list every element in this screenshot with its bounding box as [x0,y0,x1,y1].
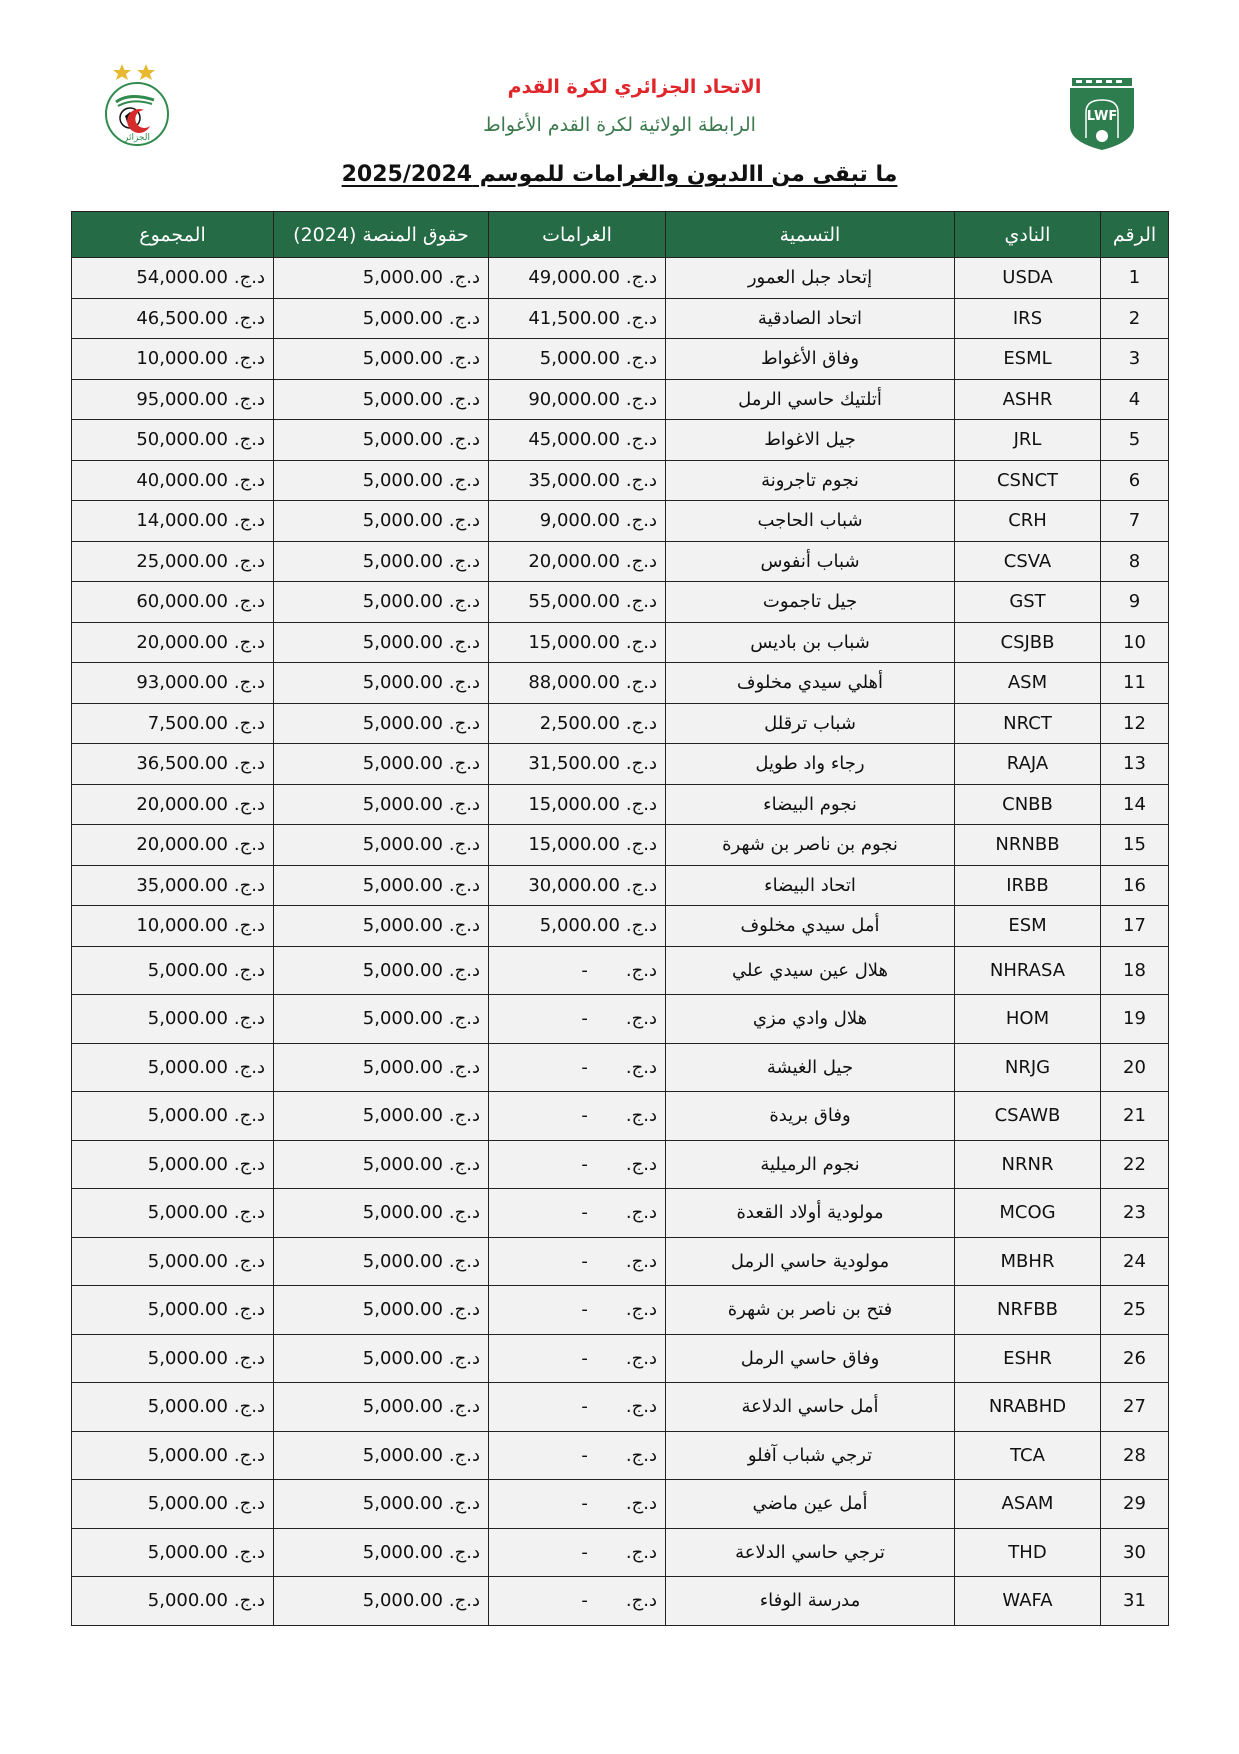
row-number: 6 [1101,460,1169,501]
table-row: 29ASAMأمل عين ماضي-د.ج.5,000.00د.ج.5,000… [72,1480,1169,1529]
amount: 5,000.00 [363,1251,443,1272]
currency-label: د.ج. [234,753,265,774]
fines-amount: -د.ج. [489,1043,666,1092]
table-row: 9GSTجيل تاجموت55,000.00د.ج.5,000.00د.ج.6… [72,582,1169,623]
amount: 5,000.00 [148,1348,228,1369]
money-value: 15,000.00د.ج. [497,794,657,815]
amount: 5,000.00 [148,1299,228,1320]
currency-label: د.ج. [234,429,265,450]
money-value: 41,500.00د.ج. [497,308,657,329]
currency-label: د.ج. [449,308,480,329]
row-number: 10 [1101,622,1169,663]
platform-amount: 5,000.00د.ج. [274,1140,489,1189]
amount: 5,000.00 [363,267,443,288]
amount: 5,000.00 [363,1590,443,1611]
platform-amount: 5,000.00د.ج. [274,1577,489,1626]
currency-label: د.ج. [449,1445,480,1466]
total-amount: 5,000.00د.ج. [72,1528,274,1577]
amount: 5,000.00 [363,1105,443,1126]
amount: 15,000.00 [528,794,620,815]
currency-label: د.ج. [449,915,480,936]
platform-amount: 5,000.00د.ج. [274,1528,489,1577]
club-code: CSVA [955,541,1101,582]
total-amount: 5,000.00د.ج. [72,1286,274,1335]
club-name: ترجي شباب آفلو [666,1431,955,1480]
currency-label: د.ج. [449,591,480,612]
money-value: 5,000.00د.ج. [80,1057,265,1078]
money-value: 5,000.00د.ج. [282,672,480,693]
amount: 5,000.00 [363,753,443,774]
money-value: 60,000.00د.ج. [80,591,265,612]
currency-label: د.ج. [234,632,265,653]
amount: 55,000.00 [528,591,620,612]
club-name: أمل عين ماضي [666,1480,955,1529]
table-row: 21CSAWBوفاق بريدة-د.ج.5,000.00د.ج.5,000.… [72,1092,1169,1141]
currency-label: د.ج. [234,1251,265,1272]
club-name: نجوم الرميلية [666,1140,955,1189]
fines-amount: -د.ج. [489,1431,666,1480]
row-number: 21 [1101,1092,1169,1141]
currency-label: د.ج. [449,470,480,491]
platform-amount: 5,000.00د.ج. [274,622,489,663]
amount: 93,000.00 [136,672,228,693]
currency-label: د.ج. [234,794,265,815]
amount: 20,000.00 [136,794,228,815]
row-number: 24 [1101,1237,1169,1286]
money-value: 5,000.00د.ج. [282,1202,480,1223]
amount: 5,000.00 [148,1542,228,1563]
amount: 2,500.00 [540,713,620,734]
currency-label: د.ج. [234,1105,265,1126]
fines-amount: 31,500.00د.ج. [489,744,666,785]
total-amount: 5,000.00د.ج. [72,995,274,1044]
currency-label: د.ج. [234,834,265,855]
table-row: 8CSVAشباب أنفوس20,000.00د.ج.5,000.00د.ج.… [72,541,1169,582]
currency-label: د.ج. [626,1202,657,1223]
table-row: 25NRFBBفتح بن ناصر بن شهرة-د.ج.5,000.00د… [72,1286,1169,1335]
club-name: ترجي حاسي الدلاعة [666,1528,955,1577]
amount: 49,000.00 [528,267,620,288]
money-value: 5,000.00د.ج. [282,1008,480,1029]
total-amount: 5,000.00د.ج. [72,946,274,995]
money-value: 5,000.00د.ج. [282,875,480,896]
money-value: -د.ج. [497,960,657,981]
club-name: اتحاد البيضاء [666,865,955,906]
amount: 5,000.00 [363,1008,443,1029]
club-name: إتحاد جبل العمور [666,258,955,299]
currency-label: د.ج. [449,1493,480,1514]
total-amount: 40,000.00د.ج. [72,460,274,501]
club-name: شباب بن باديس [666,622,955,663]
currency-label: د.ج. [626,348,657,369]
total-amount: 93,000.00د.ج. [72,663,274,704]
club-code: CSNCT [955,460,1101,501]
money-value: 90,000.00د.ج. [497,389,657,410]
col-header-total: المجموع [72,212,274,258]
amount: 25,000.00 [136,551,228,572]
money-value: -د.ج. [497,1057,657,1078]
fines-amount: 20,000.00د.ج. [489,541,666,582]
row-number: 5 [1101,420,1169,461]
money-value: 54,000.00د.ج. [80,267,265,288]
currency-label: د.ج. [234,551,265,572]
col-header-number: الرقم [1101,212,1169,258]
money-value: 5,000.00د.ج. [282,429,480,450]
platform-amount: 5,000.00د.ج. [274,1237,489,1286]
club-code: ESML [955,339,1101,380]
money-value: -د.ج. [497,1445,657,1466]
total-amount: 50,000.00د.ج. [72,420,274,461]
money-value: 5,000.00د.ج. [282,1493,480,1514]
money-value: -د.ج. [497,1396,657,1417]
currency-label: د.ج. [626,834,657,855]
money-value: 5,000.00د.ج. [282,510,480,531]
currency-label: د.ج. [449,429,480,450]
currency-label: د.ج. [449,267,480,288]
amount: 5,000.00 [363,308,443,329]
club-name: نجوم بن ناصر بن شهرة [666,825,955,866]
currency-label: د.ج. [449,875,480,896]
amount: 5,000.00 [148,1251,228,1272]
total-amount: 20,000.00د.ج. [72,784,274,825]
currency-label: د.ج. [626,1154,657,1175]
currency-label: د.ج. [626,510,657,531]
currency-label: د.ج. [449,713,480,734]
table-row: 12NRCTشباب ترقلل2,500.00د.ج.5,000.00د.ج.… [72,703,1169,744]
amount: 35,000.00 [528,470,620,491]
amount: - [581,1590,620,1611]
total-amount: 5,000.00د.ج. [72,1431,274,1480]
club-code: NHRASA [955,946,1101,995]
money-value: -د.ج. [497,1154,657,1175]
amount: 10,000.00 [136,348,228,369]
money-value: 5,000.00د.ج. [282,915,480,936]
amount: 5,000.00 [363,672,443,693]
fines-amount: -د.ج. [489,1092,666,1141]
money-value: 45,000.00د.ج. [497,429,657,450]
club-name: اتحاد الصادقية [666,298,955,339]
club-code: HOM [955,995,1101,1044]
currency-label: د.ج. [449,510,480,531]
currency-label: د.ج. [234,1299,265,1320]
currency-label: د.ج. [626,1445,657,1466]
table-row: 31WAFAمدرسة الوفاء-د.ج.5,000.00د.ج.5,000… [72,1577,1169,1626]
amount: - [581,1445,620,1466]
currency-label: د.ج. [626,1348,657,1369]
club-name: مولودية حاسي الرمل [666,1237,955,1286]
amount: 5,000.00 [148,1202,228,1223]
club-name: شباب ترقلل [666,703,955,744]
money-value: 5,000.00د.ج. [282,1542,480,1563]
platform-amount: 5,000.00د.ج. [274,501,489,542]
row-number: 15 [1101,825,1169,866]
money-value: 5,000.00د.ج. [80,1493,265,1514]
col-header-name: التسمية [666,212,955,258]
table-row: 10CSJBBشباب بن باديس15,000.00د.ج.5,000.0… [72,622,1169,663]
row-number: 12 [1101,703,1169,744]
amount: 5,000.00 [363,470,443,491]
fines-amount: -د.ج. [489,946,666,995]
money-value: 7,500.00د.ج. [80,713,265,734]
currency-label: د.ج. [626,1590,657,1611]
total-amount: 5,000.00د.ج. [72,1237,274,1286]
amount: - [581,1202,620,1223]
amount: 46,500.00 [136,308,228,329]
total-amount: 20,000.00د.ج. [72,622,274,663]
money-value: 5,000.00د.ج. [282,389,480,410]
amount: 5,000.00 [363,389,443,410]
amount: 5,000.00 [363,960,443,981]
table-row: 16IRBBاتحاد البيضاء30,000.00د.ج.5,000.00… [72,865,1169,906]
currency-label: د.ج. [234,470,265,491]
currency-label: د.ج. [234,672,265,693]
table-header-row: الرقم النادي التسمية الغرامات حقوق المنص… [72,212,1169,258]
table-row: 5JRLجيل الاغواط45,000.00د.ج.5,000.00د.ج.… [72,420,1169,461]
amount: 5,000.00 [363,632,443,653]
money-value: 15,000.00د.ج. [497,632,657,653]
amount: 14,000.00 [136,510,228,531]
currency-label: د.ج. [234,267,265,288]
fines-amount: -د.ج. [489,1286,666,1335]
money-value: -د.ج. [497,1251,657,1272]
club-code: NRFBB [955,1286,1101,1335]
money-value: -د.ج. [497,1008,657,1029]
club-name: جيل تاجموت [666,582,955,623]
fines-amount: 2,500.00د.ج. [489,703,666,744]
amount: 5,000.00 [363,875,443,896]
total-amount: 5,000.00د.ج. [72,1577,274,1626]
amount: 41,500.00 [528,308,620,329]
money-value: 5,000.00د.ج. [282,591,480,612]
platform-amount: 5,000.00د.ج. [274,1189,489,1238]
platform-amount: 5,000.00د.ج. [274,1480,489,1529]
amount: 5,000.00 [363,510,443,531]
money-value: 5,000.00د.ج. [282,632,480,653]
platform-amount: 5,000.00د.ج. [274,865,489,906]
table-row: 27NRABHDأمل حاسي الدلاعة-د.ج.5,000.00د.ج… [72,1383,1169,1432]
amount: 5,000.00 [148,1396,228,1417]
money-value: 9,000.00د.ج. [497,510,657,531]
club-code: CSJBB [955,622,1101,663]
amount: 20,000.00 [528,551,620,572]
amount: 20,000.00 [136,834,228,855]
total-amount: 5,000.00د.ج. [72,1092,274,1141]
currency-label: د.ج. [234,875,265,896]
amount: 5,000.00 [363,1154,443,1175]
table-row: 13RAJAرجاء واد طويل31,500.00د.ج.5,000.00… [72,744,1169,785]
club-name: أتلتيك حاسي الرمل [666,379,955,420]
fines-amount: 88,000.00د.ج. [489,663,666,704]
row-number: 4 [1101,379,1169,420]
club-name: مولودية أولاد القعدة [666,1189,955,1238]
col-header-fines: الغرامات [489,212,666,258]
amount: 5,000.00 [148,1590,228,1611]
total-amount: 5,000.00د.ج. [72,1189,274,1238]
currency-label: د.ج. [234,1202,265,1223]
row-number: 16 [1101,865,1169,906]
club-code: ASM [955,663,1101,704]
amount: 5,000.00 [363,1396,443,1417]
currency-label: د.ج. [626,875,657,896]
table-row: 26ESHRوفاق حاسي الرمل-د.ج.5,000.00د.ج.5,… [72,1334,1169,1383]
amount: 5,000.00 [363,551,443,572]
currency-label: د.ج. [234,389,265,410]
fines-amount: -د.ج. [489,1383,666,1432]
club-code: THD [955,1528,1101,1577]
amount: 35,000.00 [136,875,228,896]
club-name: هلال عين سيدي علي [666,946,955,995]
currency-label: د.ج. [234,1396,265,1417]
amount: 5,000.00 [540,348,620,369]
amount: 5,000.00 [363,1493,443,1514]
money-value: 5,000.00د.ج. [80,1445,265,1466]
amount: 5,000.00 [148,1105,228,1126]
amount: - [581,1154,620,1175]
currency-label: د.ج. [626,308,657,329]
club-name: وفاق الأغواط [666,339,955,380]
money-value: 5,000.00د.ج. [282,308,480,329]
money-value: 35,000.00د.ج. [497,470,657,491]
currency-label: د.ج. [626,1396,657,1417]
platform-amount: 5,000.00د.ج. [274,1334,489,1383]
money-value: 5,000.00د.ج. [282,753,480,774]
fines-amount: 55,000.00د.ج. [489,582,666,623]
club-code: IRS [955,298,1101,339]
currency-label: د.ج. [626,915,657,936]
currency-label: د.ج. [626,470,657,491]
col-header-club: النادي [955,212,1101,258]
total-amount: 5,000.00د.ج. [72,1480,274,1529]
amount: 50,000.00 [136,429,228,450]
amount: - [581,1396,620,1417]
amount: 31,500.00 [528,753,620,774]
club-code: NRABHD [955,1383,1101,1432]
money-value: 15,000.00د.ج. [497,834,657,855]
fines-amount: -د.ج. [489,1189,666,1238]
amount: 5,000.00 [363,591,443,612]
club-code: USDA [955,258,1101,299]
amount: 5,000.00 [363,348,443,369]
col-header-platform-fees: حقوق المنصة (2024) [274,212,489,258]
total-amount: 35,000.00د.ج. [72,865,274,906]
club-code: CSAWB [955,1092,1101,1141]
fines-amount: 41,500.00د.ج. [489,298,666,339]
table-row: 30THDترجي حاسي الدلاعة-د.ج.5,000.00د.ج.5… [72,1528,1169,1577]
amount: 5,000.00 [540,915,620,936]
money-value: 2,500.00د.ج. [497,713,657,734]
amount: 5,000.00 [363,1445,443,1466]
club-name: نجوم تاجرونة [666,460,955,501]
currency-label: د.ج. [234,1493,265,1514]
money-value: 5,000.00د.ج. [282,834,480,855]
club-code: NRNBB [955,825,1101,866]
money-value: 5,000.00د.ج. [282,1396,480,1417]
row-number: 13 [1101,744,1169,785]
club-name: مدرسة الوفاء [666,1577,955,1626]
amount: 15,000.00 [528,834,620,855]
amount: 5,000.00 [148,1445,228,1466]
club-code: CRH [955,501,1101,542]
club-name: أمل سيدي مخلوف [666,906,955,947]
money-value: 5,000.00د.ج. [80,1251,265,1272]
amount: 5,000.00 [363,429,443,450]
money-value: 93,000.00د.ج. [80,672,265,693]
amount: 5,000.00 [148,1154,228,1175]
table-row: 2IRSاتحاد الصادقية41,500.00د.ج.5,000.00د… [72,298,1169,339]
table-row: 22NRNRنجوم الرميلية-د.ج.5,000.00د.ج.5,00… [72,1140,1169,1189]
platform-amount: 5,000.00د.ج. [274,1383,489,1432]
currency-label: د.ج. [626,753,657,774]
amount: - [581,1105,620,1126]
row-number: 18 [1101,946,1169,995]
platform-amount: 5,000.00د.ج. [274,663,489,704]
row-number: 26 [1101,1334,1169,1383]
money-value: -د.ج. [497,1590,657,1611]
row-number: 11 [1101,663,1169,704]
money-value: 36,500.00د.ج. [80,753,265,774]
money-value: 30,000.00د.ج. [497,875,657,896]
fines-amount: -د.ج. [489,1334,666,1383]
money-value: 31,500.00د.ج. [497,753,657,774]
total-amount: 14,000.00د.ج. [72,501,274,542]
money-value: 5,000.00د.ج. [282,551,480,572]
money-value: 5,000.00د.ج. [282,1251,480,1272]
currency-label: د.ج. [234,591,265,612]
row-number: 22 [1101,1140,1169,1189]
total-amount: 25,000.00د.ج. [72,541,274,582]
fines-amount: -د.ج. [489,1577,666,1626]
money-value: 5,000.00د.ج. [80,960,265,981]
table-row: 14CNBBنجوم البيضاء15,000.00د.ج.5,000.00د… [72,784,1169,825]
amount: 45,000.00 [528,429,620,450]
amount: 5,000.00 [148,1493,228,1514]
club-name: جيل الغيشة [666,1043,955,1092]
club-code: MBHR [955,1237,1101,1286]
fines-amount: -د.ج. [489,1237,666,1286]
table-row: 19HOMهلال وادي مزي-د.ج.5,000.00د.ج.5,000… [72,995,1169,1044]
club-name: هلال وادي مزي [666,995,955,1044]
table-row: 20NRJGجيل الغيشة-د.ج.5,000.00د.ج.5,000.0… [72,1043,1169,1092]
currency-label: د.ج. [626,794,657,815]
amount: - [581,1299,620,1320]
money-value: 5,000.00د.ج. [282,1590,480,1611]
currency-label: د.ج. [626,389,657,410]
money-value: 5,000.00د.ج. [80,1299,265,1320]
club-name: شباب الحاجب [666,501,955,542]
club-name: شباب أنفوس [666,541,955,582]
platform-amount: 5,000.00د.ج. [274,339,489,380]
money-value: 40,000.00د.ج. [80,470,265,491]
total-amount: 60,000.00د.ج. [72,582,274,623]
club-name: وفاق حاسي الرمل [666,1334,955,1383]
amount: 7,500.00 [148,713,228,734]
money-value: 49,000.00د.ج. [497,267,657,288]
platform-amount: 5,000.00د.ج. [274,541,489,582]
currency-label: د.ج. [234,1542,265,1563]
money-value: 5,000.00د.ج. [80,1590,265,1611]
total-amount: 20,000.00د.ج. [72,825,274,866]
row-number: 23 [1101,1189,1169,1238]
currency-label: د.ج. [234,1590,265,1611]
amount: 20,000.00 [136,632,228,653]
money-value: 5,000.00د.ج. [282,1299,480,1320]
currency-label: د.ج. [234,308,265,329]
club-code: ASHR [955,379,1101,420]
table-row: 23MCOGمولودية أولاد القعدة-د.ج.5,000.00د… [72,1189,1169,1238]
amount: 54,000.00 [136,267,228,288]
fines-amount: -د.ج. [489,1480,666,1529]
table-row: 3ESMLوفاق الأغواط5,000.00د.ج.5,000.00د.ج… [72,339,1169,380]
